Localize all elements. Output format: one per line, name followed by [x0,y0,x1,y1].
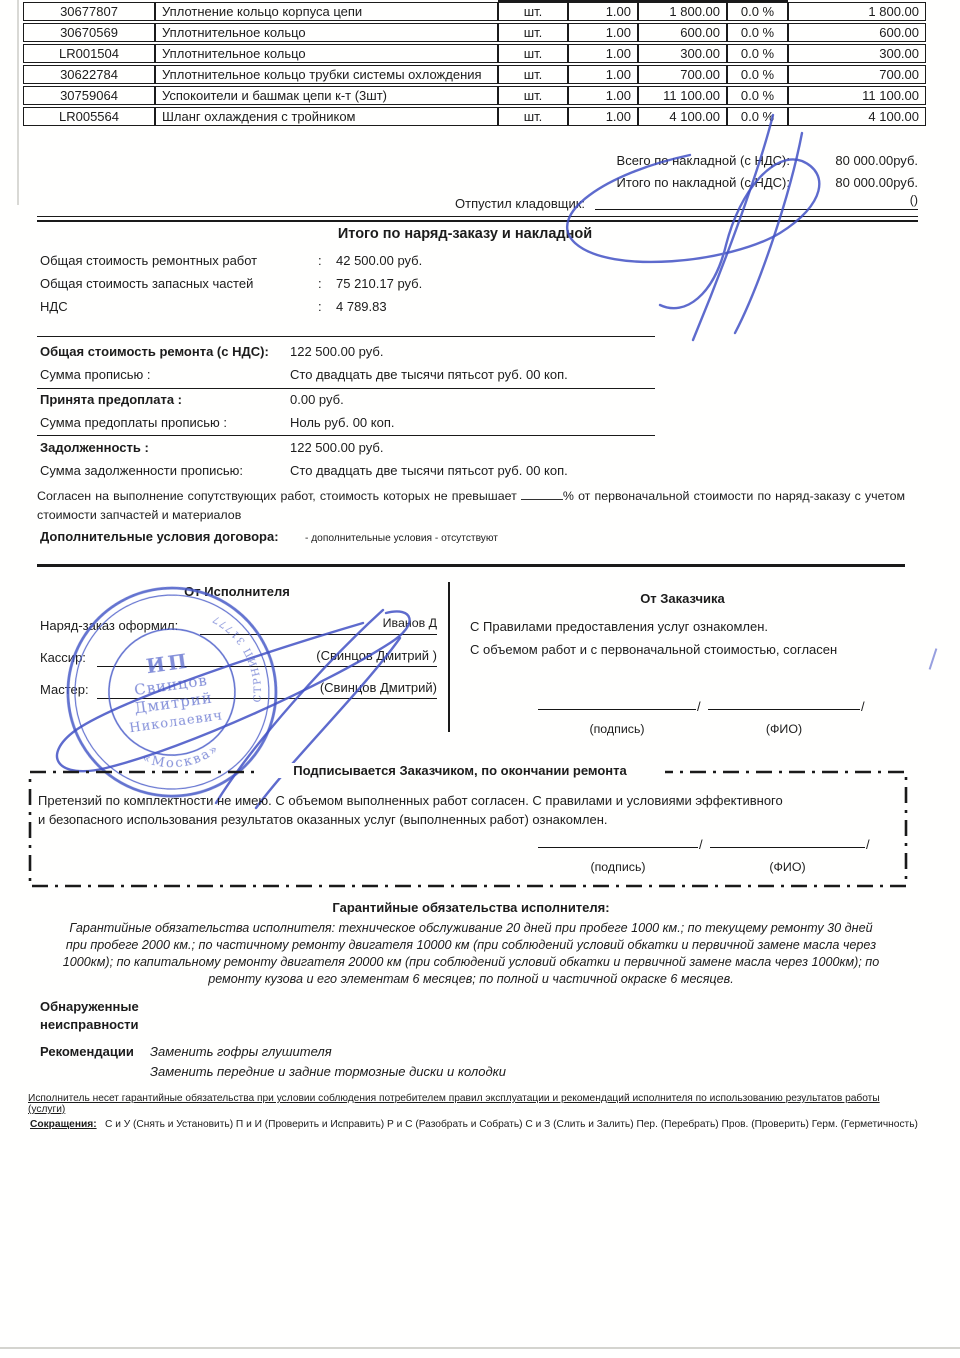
summary-row-value: 42 500.00 руб. [336,253,422,268]
colon: : [318,276,322,291]
slash: / [861,699,865,714]
additional-terms-label: Дополнительные условия договора: [40,529,279,544]
part-discount-cell: 0.0 % [727,44,788,63]
additional-terms-value: - дополнительные условия - отсутствуют [305,533,498,544]
part-name-cell: Уплотнительное кольцо [155,44,498,63]
slash: / [697,699,701,714]
divider [37,435,655,436]
customer-sign-line [538,696,696,710]
customer-line-2: С объемом работ и с первоначальной стоим… [470,642,837,657]
table-row: 30670569 Уплотнительное кольцо шт. 1.00 … [23,23,926,42]
agreement-text-1: Согласен на выполнение сопутствующих раб… [37,489,517,503]
part-qty-cell: 1.00 [568,65,638,84]
part-qty-cell: 1.00 [568,2,638,21]
part-price-cell: 700.00 [638,65,727,84]
name-caption: (ФИО) [708,722,860,736]
divider [37,388,655,389]
table-row: LR001504 Уплотнительное кольцо шт. 1.00 … [23,44,926,63]
summary-row-label: Общая стоимость запасных частей [40,276,310,291]
block-sub-label: Сумма предоплаты прописью : [40,415,285,430]
part-total-cell: 600.00 [788,23,926,42]
related-works-agreement: Согласен на выполнение сопутствующих раб… [37,487,905,525]
part-qty-cell: 1.00 [568,86,638,105]
part-unit-cell: шт. [498,86,568,105]
part-price-cell: 300.00 [638,44,727,63]
part-discount-cell: 0.0 % [727,65,788,84]
customer-name-line [708,696,860,710]
part-total-cell: 1 800.00 [788,2,926,21]
part-total-cell: 300.00 [788,44,926,63]
summary-row-value: 75 210.17 руб. [336,276,422,291]
block-value: 122 500.00 руб. [290,344,383,359]
part-name-cell: Уплотнительное кольцо [155,23,498,42]
section-divider [37,564,905,567]
warranty-footnote: Исполнитель несет гарантийные обязательс… [28,1093,918,1115]
part-name-cell: Уплотнительное кольцо трубки системы охл… [155,65,498,84]
sign-caption: (подпись) [538,860,698,874]
table-row: 30622784 Уплотнительное кольцо трубки си… [23,65,926,84]
part-discount-cell: 0.0 % [727,2,788,21]
recommendations-label: Рекомендации [40,1044,134,1059]
scanned-repair-order-document: 30677807 Уплотнение кольцо корпуса цепи … [0,0,960,1358]
block-label: Принята предоплата : [40,392,285,407]
part-name-cell: Успокоители и башмак цепи к-т (3шт) [155,86,498,105]
table-row: 30677807 Уплотнение кольцо корпуса цепи … [23,2,926,21]
block-value: 0.00 руб. [290,392,344,407]
completion-box-text: Претензий по комплектности не имею. С об… [38,791,788,829]
part-discount-cell: 0.0 % [727,86,788,105]
block-sub-value: Сто двадцать две тысячи пятьсот руб. 00 … [290,367,568,382]
part-total-cell: 700.00 [788,65,926,84]
scan-bottom-line [0,1347,960,1349]
pen-signature-totals [530,105,860,345]
completion-box-title: Подписывается Заказчиком, по окончании р… [255,763,665,778]
part-total-cell: 11 100.00 [788,86,926,105]
part-code-cell: 30670569 [23,23,155,42]
part-code-cell: 30759064 [23,86,155,105]
part-unit-cell: шт. [498,65,568,84]
part-qty-cell: 1.00 [568,23,638,42]
block-sub-label: Сумма задолженности прописью: [40,463,285,478]
summary-row-value: 4 789.83 [336,299,387,314]
block-sub-value: Сто двадцать две тысячи пятьсот руб. 00 … [290,463,568,478]
block-value: 122 500.00 руб. [290,440,383,455]
part-price-cell: 11 100.00 [638,86,727,105]
colon: : [318,299,322,314]
warranty-title: Гарантийные обязательства исполнителя: [37,900,905,915]
part-code-cell: LR005564 [23,107,155,126]
completion-sign-line [538,834,698,848]
part-code-cell: 30622784 [23,65,155,84]
warranty-text: Гарантийные обязательства исполнителя: т… [60,920,882,988]
abbreviations-label: Сокращения: [30,1119,97,1130]
scan-edge-artifact [17,0,19,205]
percent-blank-line [521,489,563,500]
findings-label-1: Обнаруженные [40,999,139,1014]
colon: : [318,253,322,268]
slash: / [699,837,703,852]
customer-line-1: С Правилами предоставления услуг ознаком… [470,619,768,634]
name-caption: (ФИО) [710,860,865,874]
pen-mark [929,648,938,670]
customer-title: От Заказчика [460,591,905,606]
part-name-cell: Шланг охлаждения с тройником [155,107,498,126]
part-code-cell: 30677807 [23,2,155,21]
part-discount-cell: 0.0 % [727,23,788,42]
block-label: Задолженность : [40,440,285,455]
part-code-cell: LR001504 [23,44,155,63]
completion-name-line [710,834,865,848]
part-name-cell: Уплотнение кольцо корпуса цепи [155,2,498,21]
findings-label-2: неисправности [40,1017,139,1032]
slash: / [866,837,870,852]
recommendation-item: Заменить гофры глушителя [150,1044,332,1059]
summary-row-label: Общая стоимость ремонтных работ [40,253,310,268]
part-price-cell: 600.00 [638,23,727,42]
block-sub-label: Сумма прописью : [40,367,285,382]
part-unit-cell: шт. [498,2,568,21]
recommendation-item: Заменить передние и задние тормозные дис… [150,1064,506,1079]
summary-row-label: НДС [40,299,310,314]
block-sub-value: Ноль руб. 00 коп. [290,415,395,430]
part-price-cell: 1 800.00 [638,2,727,21]
part-unit-cell: шт. [498,23,568,42]
block-label: Общая стоимость ремонта (с НДС): [40,344,285,359]
table-row: 30759064 Успокоители и башмак цепи к-т (… [23,86,926,105]
sign-caption: (подпись) [538,722,696,736]
part-qty-cell: 1.00 [568,44,638,63]
abbreviations-text: С и У (Снять и Установить) П и И (Провер… [105,1119,945,1130]
part-unit-cell: шт. [498,44,568,63]
